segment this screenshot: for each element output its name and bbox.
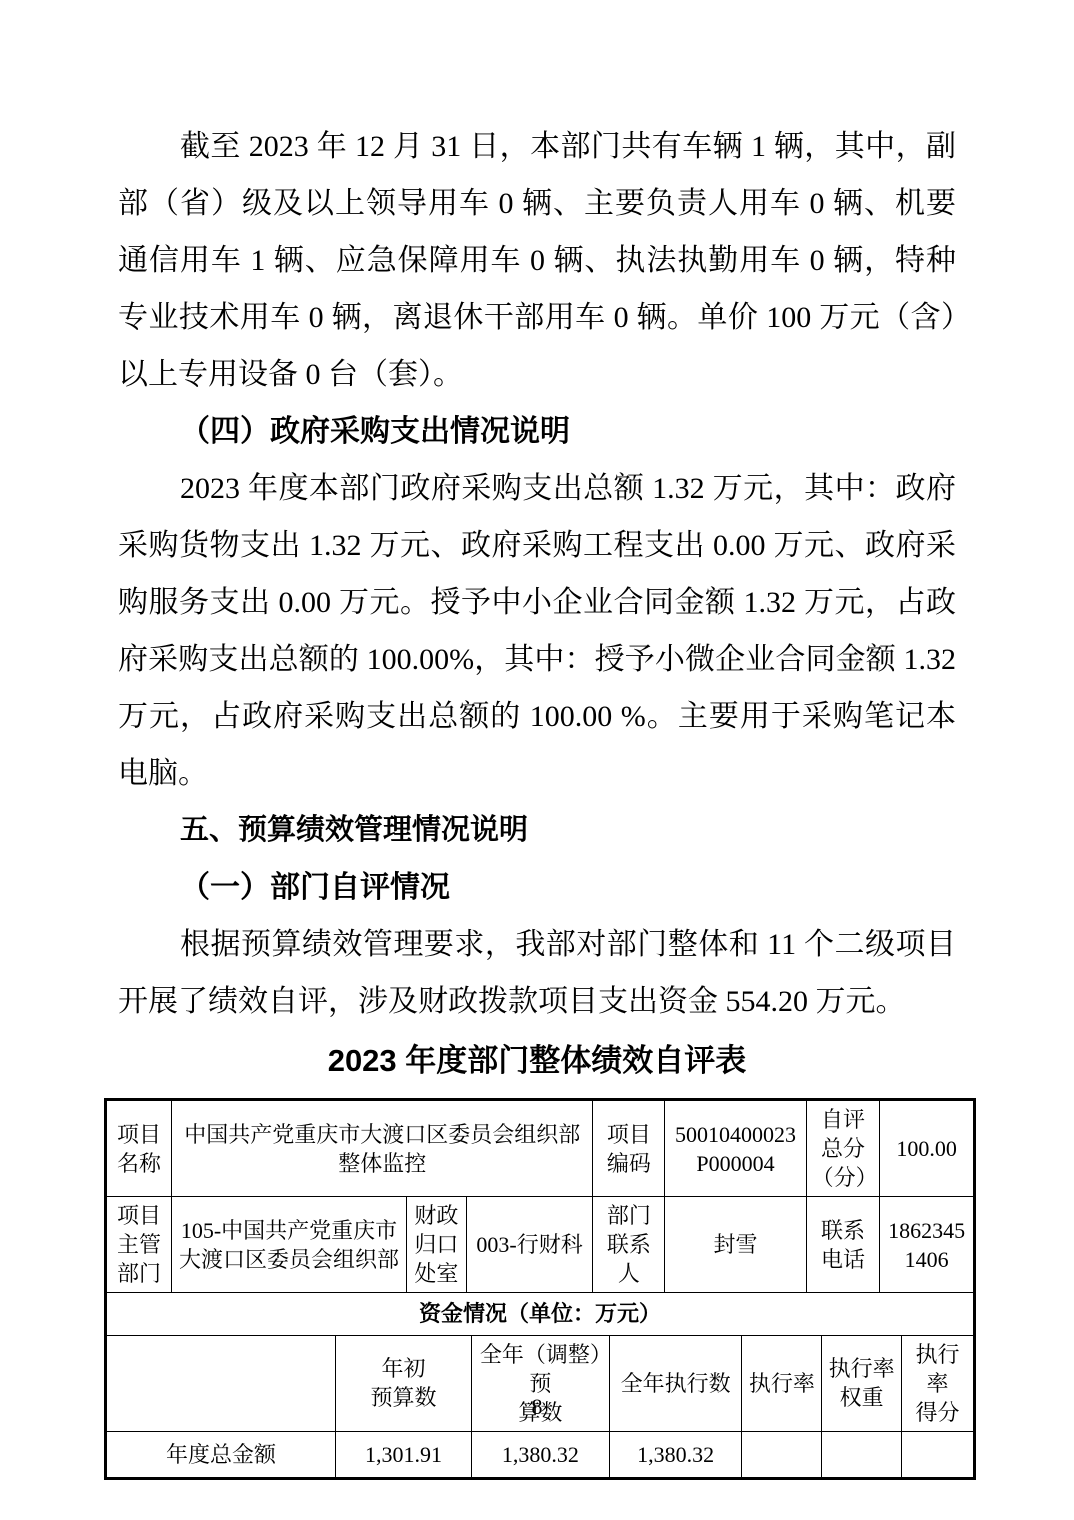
table-row-funds-header: 资金情况（单位：万元） — [107, 1293, 974, 1335]
paragraph-vehicles: 截至 2023 年 12 月 31 日，本部门共有车辆 1 辆，其中，副部（省）… — [118, 118, 956, 403]
cell-contact-label: 部门 联系人 — [593, 1197, 665, 1293]
cell-project-name-value: 中国共产党重庆市大渡口区委员会组织部整体监控 — [172, 1101, 593, 1197]
heading-self-evaluation: （一）部门自评情况 — [118, 859, 956, 916]
cell-execution-rate-value — [742, 1431, 822, 1477]
cell-executed-value: 1,380.32 — [609, 1431, 742, 1477]
cell-project-code-value: 50010400023P000004 — [665, 1101, 806, 1197]
table-row-annual-total: 年度总金额 1,301.91 1,380.32 1,380.32 — [107, 1431, 974, 1477]
table-funds-section: 资金情况（单位：万元） 年初 预算数 全年（调整）预 算数 全年执行数 执行率 … — [106, 1293, 974, 1478]
page-content: 截至 2023 年 12 月 31 日，本部门共有车辆 1 辆，其中，副部（省）… — [0, 0, 1074, 1480]
cell-initial-budget-value: 1,301.91 — [335, 1431, 471, 1477]
cell-self-score-label: 自评 总分 （分） — [806, 1101, 880, 1197]
table-row-department: 项目 主管 部门 105-中国共产党重庆市大渡口区委员会组织部 财政 归口 处室… — [107, 1197, 974, 1293]
cell-finance-office-label: 财政 归口 处室 — [406, 1197, 466, 1293]
cell-rate-weight-value — [822, 1431, 902, 1477]
cell-dept-value: 105-中国共产党重庆市大渡口区委员会组织部 — [172, 1197, 407, 1293]
performance-table-title: 2023 年度部门整体绩效自评表 — [118, 1038, 956, 1084]
cell-dept-label: 项目 主管 部门 — [107, 1197, 172, 1293]
cell-funds-section-title: 资金情况（单位：万元） — [107, 1293, 974, 1335]
cell-project-name-label: 项目 名称 — [107, 1101, 172, 1197]
cell-finance-office-value: 003-行财科 — [466, 1197, 593, 1293]
heading-performance-management: 五、预算绩效管理情况说明 — [118, 802, 956, 859]
page-number: 8 — [0, 1394, 1074, 1420]
cell-project-code-label: 项目 编码 — [593, 1101, 665, 1197]
table-row-project-name: 项目 名称 中国共产党重庆市大渡口区委员会组织部整体监控 项目 编码 50010… — [107, 1101, 974, 1197]
cell-self-score-value: 100.00 — [880, 1101, 974, 1197]
cell-annual-total-label: 年度总金额 — [107, 1431, 336, 1477]
paragraph-procurement: 2023 年度本部门政府采购支出总额 1.32 万元，其中：政府采购货物支出 1… — [118, 460, 956, 802]
cell-phone-value: 18623451406 — [880, 1197, 974, 1293]
cell-phone-label: 联系 电话 — [806, 1197, 880, 1293]
table-project-info-section: 项目 名称 中国共产党重庆市大渡口区委员会组织部整体监控 项目 编码 50010… — [106, 1100, 974, 1293]
heading-procurement: （四）政府采购支出情况说明 — [118, 403, 956, 460]
cell-contact-value: 封雪 — [665, 1197, 806, 1293]
cell-rate-score-value — [901, 1431, 973, 1477]
document-page: 截至 2023 年 12 月 31 日，本部门共有车辆 1 辆，其中，副部（省）… — [0, 0, 1074, 1520]
paragraph-self-evaluation: 根据预算绩效管理要求，我部对部门整体和 11 个二级项目开展了绩效自评，涉及财政… — [118, 916, 956, 1030]
cell-adjusted-budget-value: 1,380.32 — [472, 1431, 610, 1477]
performance-self-eval-table: 项目 名称 中国共产党重庆市大渡口区委员会组织部整体监控 项目 编码 50010… — [104, 1098, 976, 1480]
